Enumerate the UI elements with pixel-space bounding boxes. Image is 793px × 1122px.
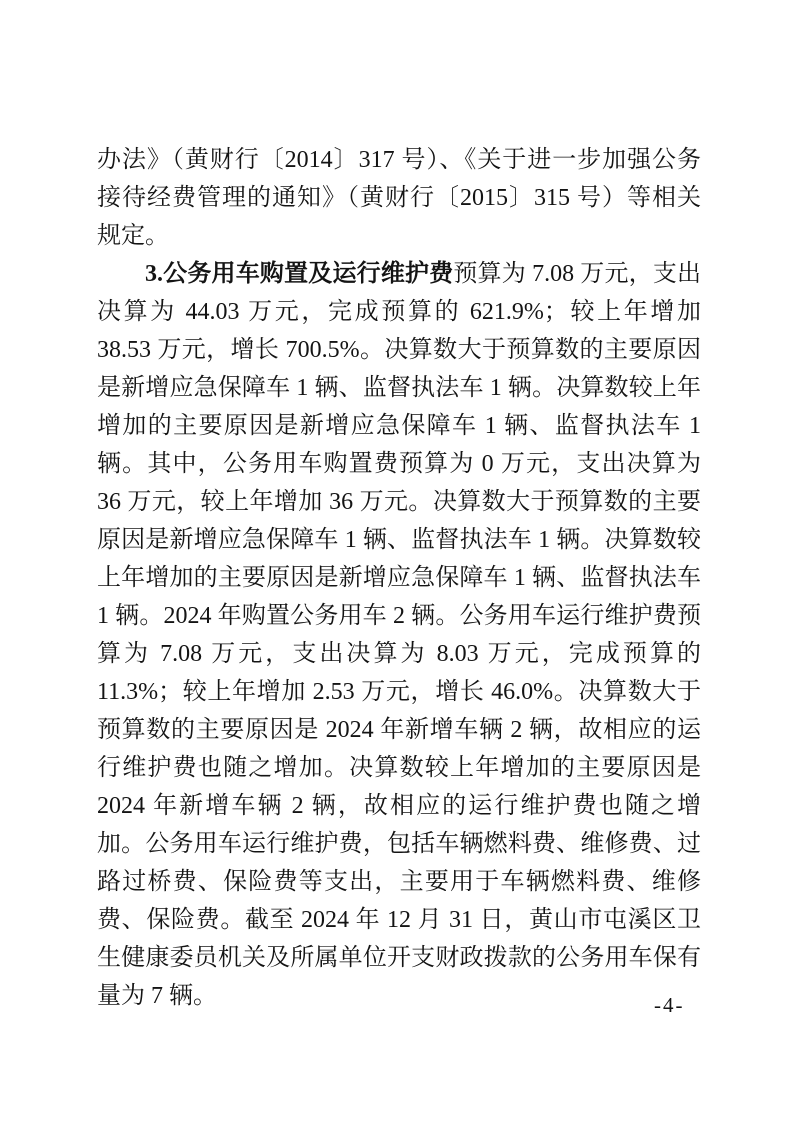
document-page: 办法》（黄财行〔2014〕317 号）、《关于进一步加强公务接待经费管理的通知》…	[0, 0, 793, 1122]
paragraph-official-vehicle-expenses: 3.公务用车购置及运行维护费预算为 7.08 万元，支出决算为 44.03 万元…	[97, 255, 701, 1015]
document-body: 办法》（黄财行〔2014〕317 号）、《关于进一步加强公务接待经费管理的通知》…	[97, 141, 701, 1015]
section-3-body-text: 预算为 7.08 万元，支出决算为 44.03 万元，完成预算的 621.9%；…	[97, 261, 701, 1009]
section-3-heading: 3.公务用车购置及运行维护费	[145, 261, 453, 287]
page-number: -4-	[654, 993, 685, 1018]
paragraph-regulations-continuation: 办法》（黄财行〔2014〕317 号）、《关于进一步加强公务接待经费管理的通知》…	[97, 141, 701, 255]
